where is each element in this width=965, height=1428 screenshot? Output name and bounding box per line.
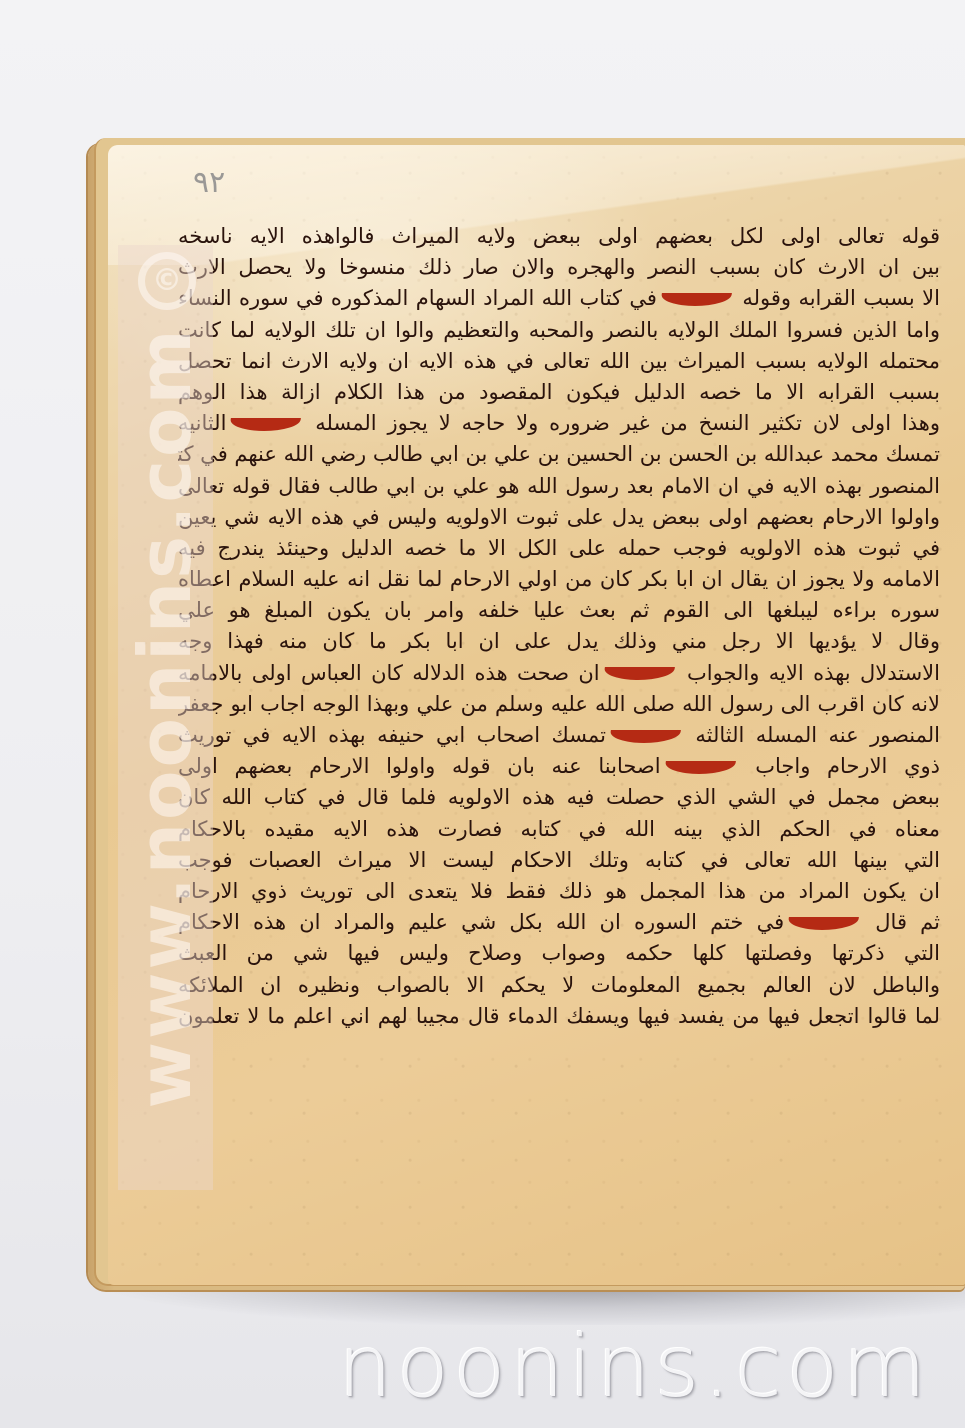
line-text: ان يكون المراد من هذا المجمل هو ذلك فقط …	[178, 879, 940, 903]
manuscript-line: ثم قال في ختم السوره ان الله بكل شي عليم…	[178, 907, 940, 938]
rubric-mark	[603, 667, 675, 680]
manuscript-line: والباطل لان العالم بجميع المعلومات لا يح…	[178, 970, 940, 1001]
line-text: محتمله الولايه بسبب الميراث بين الله تعا…	[178, 349, 940, 373]
manuscript-line: تمسك محمد عبدالله بن الحسن بن الحسين بن …	[178, 439, 940, 470]
manuscript-line: التي بينها الله تعالى في كتابه وتلك الاح…	[178, 845, 940, 876]
line-text: الا بسبب القرابه وقوله	[735, 286, 940, 310]
manuscript-line: وهذا اولى لان تكثير النسخ من غير ضروره و…	[178, 408, 940, 439]
manuscript-line: بين ان الارث كان بسبب النصر والهجره والا…	[178, 252, 940, 283]
vertical-watermark: www.noonins.com	[118, 245, 213, 1190]
manuscript-line: المنصور بهذه الايه في ان الامام بعد رسول…	[178, 471, 940, 502]
manuscript-line: الا بسبب القرابه وقوله في كتاب الله المر…	[178, 283, 940, 314]
line-text: ان صحت هذه الدلاله كان العباس اولى بالام…	[178, 661, 600, 685]
line-text: تمسك اصحاب ابي حنيفه بهذه الايه في توريث	[178, 723, 606, 747]
line-text: بسبب القرابه الا ما خصه الدليل فيكون الم…	[178, 380, 940, 404]
line-text: المنصور عنه المسله الثالثه	[684, 723, 940, 747]
footer-watermark: noonins.com	[338, 1322, 963, 1412]
line-text: الاستدلال بهذه الايه والجواب	[678, 661, 940, 685]
line-text: معناه في الحكم الذي بينه الله في كتابه ف…	[178, 817, 940, 841]
manuscript-line: لانه كان اقرب الى رسول الله صلى الله علي…	[178, 689, 940, 720]
manuscript-line: ببعض مجمل في الشي الذي حصلت فيه هذه الاو…	[178, 782, 940, 813]
manuscript-line: المنصور عنه المسله الثالثه تمسك اصحاب اب…	[178, 720, 940, 751]
line-text: التي بينها الله تعالى في كتابه وتلك الاح…	[178, 848, 940, 872]
manuscript-line: الاستدلال بهذه الايه والجواب ان صحت هذه …	[178, 658, 940, 689]
line-text: ذوي الارحام واجاب	[739, 754, 940, 778]
rubric-mark	[609, 730, 681, 743]
line-text: بين ان الارث كان بسبب النصر والهجره والا…	[178, 255, 940, 279]
line-text: لما قالوا اتجعل فيها من يفسد فيها ويسفك …	[178, 1004, 940, 1028]
line-text: التي ذكرتها وفصلتها كلها حكمه وصواب وصلا…	[178, 941, 940, 965]
manuscript-line: معناه في الحكم الذي بينه الله في كتابه ف…	[178, 814, 940, 845]
manuscript-line: في ثبوت هذه الاولويه فوجب حمله على الكل …	[178, 533, 940, 564]
line-text: وهذا اولى لان تكثير النسخ من غير ضروره و…	[304, 411, 940, 435]
manuscript-page: ٩٢ قوله تعالى اولى لكل بعضهم اولى ببعض و…	[108, 145, 965, 1285]
manuscript-line: وقال لا يؤديها الا رجل مني وذلك يدل على …	[178, 626, 940, 657]
line-text: اصحابنا عنه بان قوله واولوا الارحام بعضه…	[178, 754, 661, 778]
manuscript-line: ان يكون المراد من هذا المجمل هو ذلك فقط …	[178, 876, 940, 907]
rubric-mark	[664, 761, 736, 774]
manuscript-line: التي ذكرتها وفصلتها كلها حكمه وصواب وصلا…	[178, 938, 940, 969]
manuscript-line: واما الذين فسروا الملك الولايه بالنصر وا…	[178, 315, 940, 346]
manuscript-text-block: قوله تعالى اولى لكل بعضهم اولى ببعض ولاي…	[178, 221, 940, 1032]
line-text: في ثبوت هذه الاولويه فوجب حمله على الكل …	[178, 536, 940, 560]
rubric-mark	[230, 418, 302, 431]
manuscript-line: لما قالوا اتجعل فيها من يفسد فيها ويسفك …	[178, 1001, 940, 1032]
line-text: واما الذين فسروا الملك الولايه بالنصر وا…	[178, 318, 940, 342]
line-text: والباطل لان العالم بجميع المعلومات لا يح…	[178, 973, 940, 997]
line-text: في ختم السوره ان الله بكل شي عليم والمرا…	[178, 910, 784, 934]
line-text: تمسك محمد عبدالله بن الحسن بن الحسين بن …	[178, 442, 940, 466]
line-text: لانه كان اقرب الى رسول الله صلى الله علي…	[178, 692, 940, 716]
line-text: سوره براءه ليبلغها الى القوم ثم بعث عليا…	[178, 598, 940, 622]
line-text: الامامه ولا يجوز ان يقال ان ابا بكر كان …	[178, 567, 940, 591]
manuscript-line: بسبب القرابه الا ما خصه الدليل فيكون الم…	[178, 377, 940, 408]
line-text: في كتاب الله المراد السهام المذكوره في س…	[178, 286, 657, 310]
line-text: قوله تعالى اولى لكل بعضهم اولى ببعض ولاي…	[178, 224, 940, 248]
manuscript-line: محتمله الولايه بسبب الميراث بين الله تعا…	[178, 346, 940, 377]
rubric-mark	[787, 917, 859, 930]
folio-number: ٩٢	[193, 165, 225, 200]
line-text: ببعض مجمل في الشي الذي حصلت فيه هذه الاو…	[178, 785, 940, 809]
manuscript-line: واولوا الارحام بعضهم اولى ببعض يدل على ث…	[178, 502, 940, 533]
rubric-mark	[660, 293, 732, 306]
line-text: المنصور بهذه الايه في ان الامام بعد رسول…	[178, 474, 940, 498]
line-text: واولوا الارحام بعضهم اولى ببعض يدل على ث…	[178, 505, 940, 529]
manuscript-line: الامامه ولا يجوز ان يقال ان ابا بكر كان …	[178, 564, 940, 595]
manuscript-line: قوله تعالى اولى لكل بعضهم اولى ببعض ولاي…	[178, 221, 940, 252]
manuscript-line: ذوي الارحام واجاب اصحابنا عنه بان قوله و…	[178, 751, 940, 782]
manuscript-line: سوره براءه ليبلغها الى القوم ثم بعث عليا…	[178, 595, 940, 626]
line-text: ثم قال	[862, 910, 940, 934]
line-text: وقال لا يؤديها الا رجل مني وذلك يدل على …	[178, 629, 940, 653]
